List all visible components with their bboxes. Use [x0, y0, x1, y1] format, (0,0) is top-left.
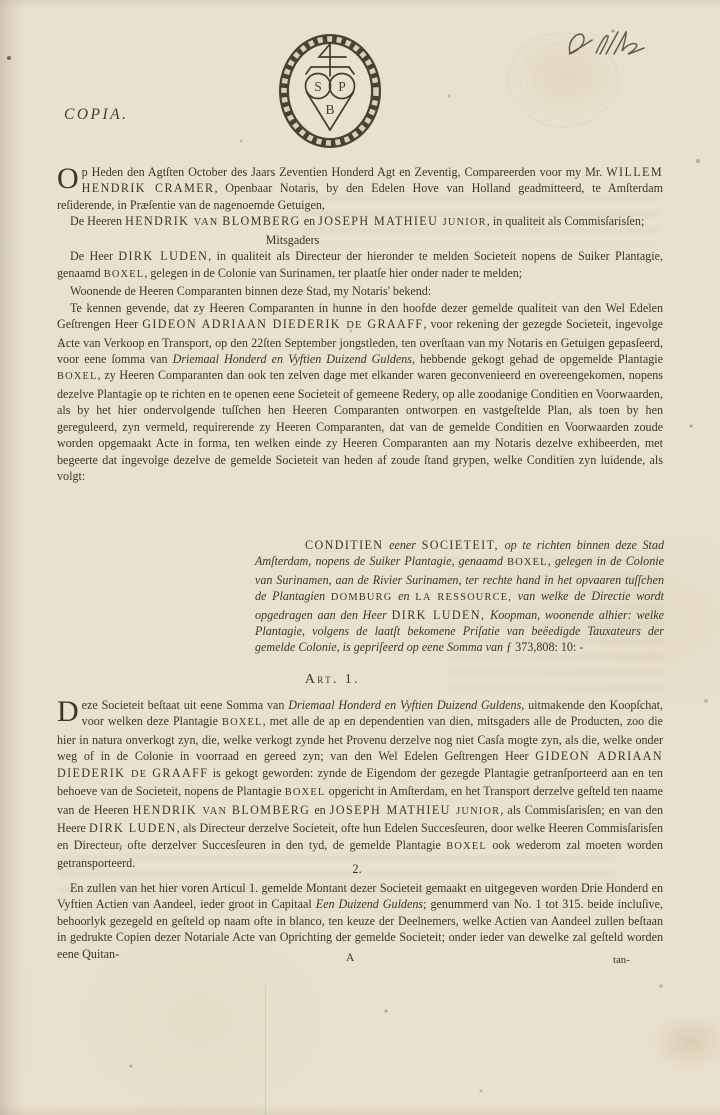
intro-paragraph-1: Op Heden den Agtſten October des Jaars Z…	[57, 164, 663, 213]
conditien-block: CONDITIEN eener SOCIETEIT, op te richten…	[255, 537, 664, 656]
mitsgaders-heading: Mitsgaders	[57, 232, 663, 248]
paper-fold-line	[265, 985, 266, 1115]
intro-paragraph-2: De Heeren HENDRIK VAN BLOMBERG en JOSEPH…	[57, 213, 663, 231]
intro-section: Op Heden den Agtſten October des Jaars Z…	[57, 164, 663, 485]
notarial-seal: S P B	[276, 30, 384, 152]
intro-paragraph-3: De Heer DIRK LUDEN, in qualiteit als Dir…	[57, 248, 663, 283]
seal-letter-p: P	[338, 79, 346, 94]
seal-letter-b: B	[325, 102, 334, 117]
article-2-heading: 2.	[57, 862, 663, 877]
intro-paragraph-4: Woonende de Heeren Comparanten binnen de…	[57, 283, 663, 299]
copia-label: COPIA.	[64, 106, 129, 124]
handwritten-mark	[556, 20, 656, 68]
document-page: S P B COPIA. Op Heden den Agtſten Octobe…	[0, 0, 720, 1115]
article-1-body: Deze Societeit beſtaat uit eene Somma va…	[57, 697, 663, 872]
catchword: tan-	[613, 954, 630, 966]
paper-specks	[0, 0, 2, 2]
article-2-body: En zullen van het hier voren Articul 1. …	[57, 880, 663, 962]
page-footer: A tan-	[57, 952, 663, 970]
article-1-section: Deze Societeit beſtaat uit eene Somma va…	[57, 697, 663, 872]
seal-letter-s: S	[314, 79, 322, 94]
signature-mark: A	[346, 952, 354, 964]
article-1-heading: Art. 1.	[57, 671, 663, 687]
intro-paragraph-5: Te kennen gevende, dat zy Heeren Compara…	[57, 300, 663, 485]
article-2-section: En zullen van het hier voren Articul 1. …	[57, 880, 663, 962]
